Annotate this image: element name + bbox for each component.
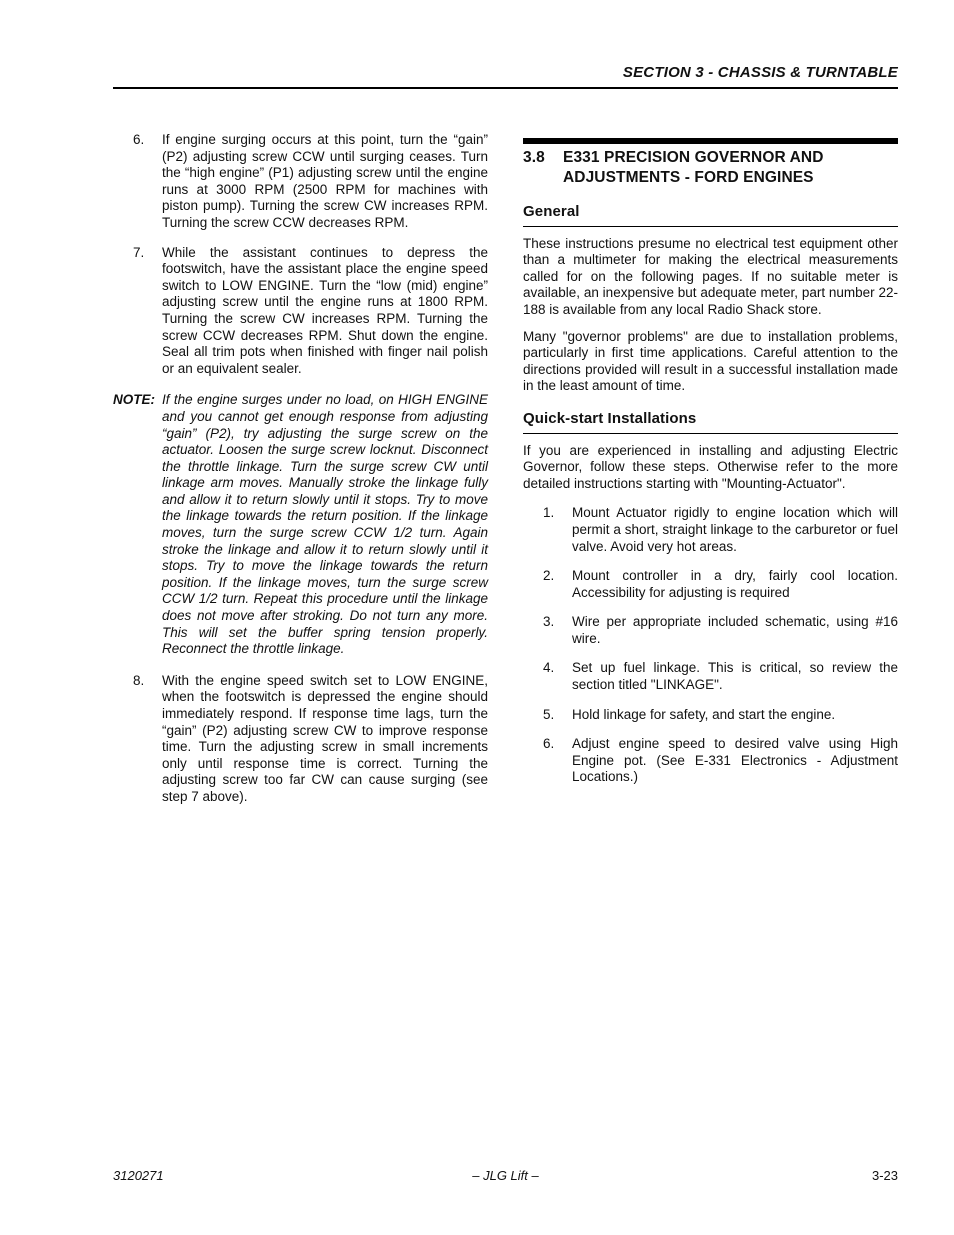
- note-label: NOTE:: [113, 392, 155, 409]
- subheading-quick-start: Quick-start Installations: [523, 411, 898, 434]
- paragraph: Many "governor problems" are due to inst…: [523, 329, 898, 395]
- step-number: 3.: [543, 614, 554, 631]
- numbered-step: 3. Wire per appropriate included schemat…: [523, 614, 898, 647]
- step-text: With the engine speed switch set to LOW …: [162, 673, 488, 806]
- numbered-step: 5. Hold linkage for safety, and start th…: [523, 707, 898, 724]
- note-text: If the engine surges under no load, on H…: [162, 392, 488, 658]
- brand-label: – JLG Lift –: [113, 1168, 898, 1184]
- step-number: 6.: [133, 132, 144, 149]
- step-number: 5.: [543, 707, 554, 724]
- note-block: NOTE: If the engine surges under no load…: [113, 392, 488, 658]
- numbered-step: 8. With the engine speed switch set to L…: [113, 673, 488, 806]
- section-heading: 3.8 E331 PRECISION GOVERNOR AND ADJUSTME…: [523, 148, 898, 188]
- numbered-step: 6. Adjust engine speed to desired valve …: [523, 736, 898, 786]
- step-text: Mount controller in a dry, fairly cool l…: [572, 568, 898, 601]
- step-text: Hold linkage for safety, and start the e…: [572, 707, 898, 724]
- step-number: 7.: [133, 245, 144, 262]
- manual-page: SECTION 3 - CHASSIS & TURNTABLE 6. If en…: [0, 0, 954, 1235]
- step-number: 6.: [543, 736, 554, 753]
- step-number: 4.: [543, 660, 554, 677]
- step-number: 1.: [543, 505, 554, 522]
- step-text: If engine surging occurs at this point, …: [162, 132, 488, 232]
- quick-start-steps: 1. Mount Actuator rigidly to engine loca…: [523, 505, 898, 786]
- section-number: 3.8: [523, 148, 563, 188]
- numbered-step: 4. Set up fuel linkage. This is critical…: [523, 660, 898, 693]
- section-header-title: SECTION 3 - CHASSIS & TURNTABLE: [623, 64, 898, 81]
- step-text: While the assistant continues to depress…: [162, 245, 488, 378]
- step-text: Wire per appropriate included schematic,…: [572, 614, 898, 647]
- paragraph: These instructions presume no electrical…: [523, 236, 898, 319]
- numbered-step: 7. While the assistant continues to depr…: [113, 245, 488, 378]
- step-text: Set up fuel linkage. This is critical, s…: [572, 660, 898, 693]
- left-column: 6. If engine surging occurs at this poin…: [113, 132, 488, 819]
- header-rule: [113, 87, 898, 89]
- section-title: E331 PRECISION GOVERNOR AND ADJUSTMENTS …: [563, 148, 868, 188]
- numbered-step: 2. Mount controller in a dry, fairly coo…: [523, 568, 898, 601]
- numbered-step: 1. Mount Actuator rigidly to engine loca…: [523, 505, 898, 555]
- step-text: Mount Actuator rigidly to engine locatio…: [572, 505, 898, 555]
- step-number: 2.: [543, 568, 554, 585]
- right-column: 3.8 E331 PRECISION GOVERNOR AND ADJUSTME…: [523, 132, 898, 799]
- step-text: Adjust engine speed to desired valve usi…: [572, 736, 898, 786]
- step-number: 8.: [133, 673, 144, 690]
- page-number: 3-23: [872, 1168, 898, 1184]
- subheading-general: General: [523, 204, 898, 227]
- section-heading-bar: [523, 138, 898, 144]
- paragraph: If you are experienced in installing and…: [523, 443, 898, 493]
- numbered-step: 6. If engine surging occurs at this poin…: [113, 132, 488, 232]
